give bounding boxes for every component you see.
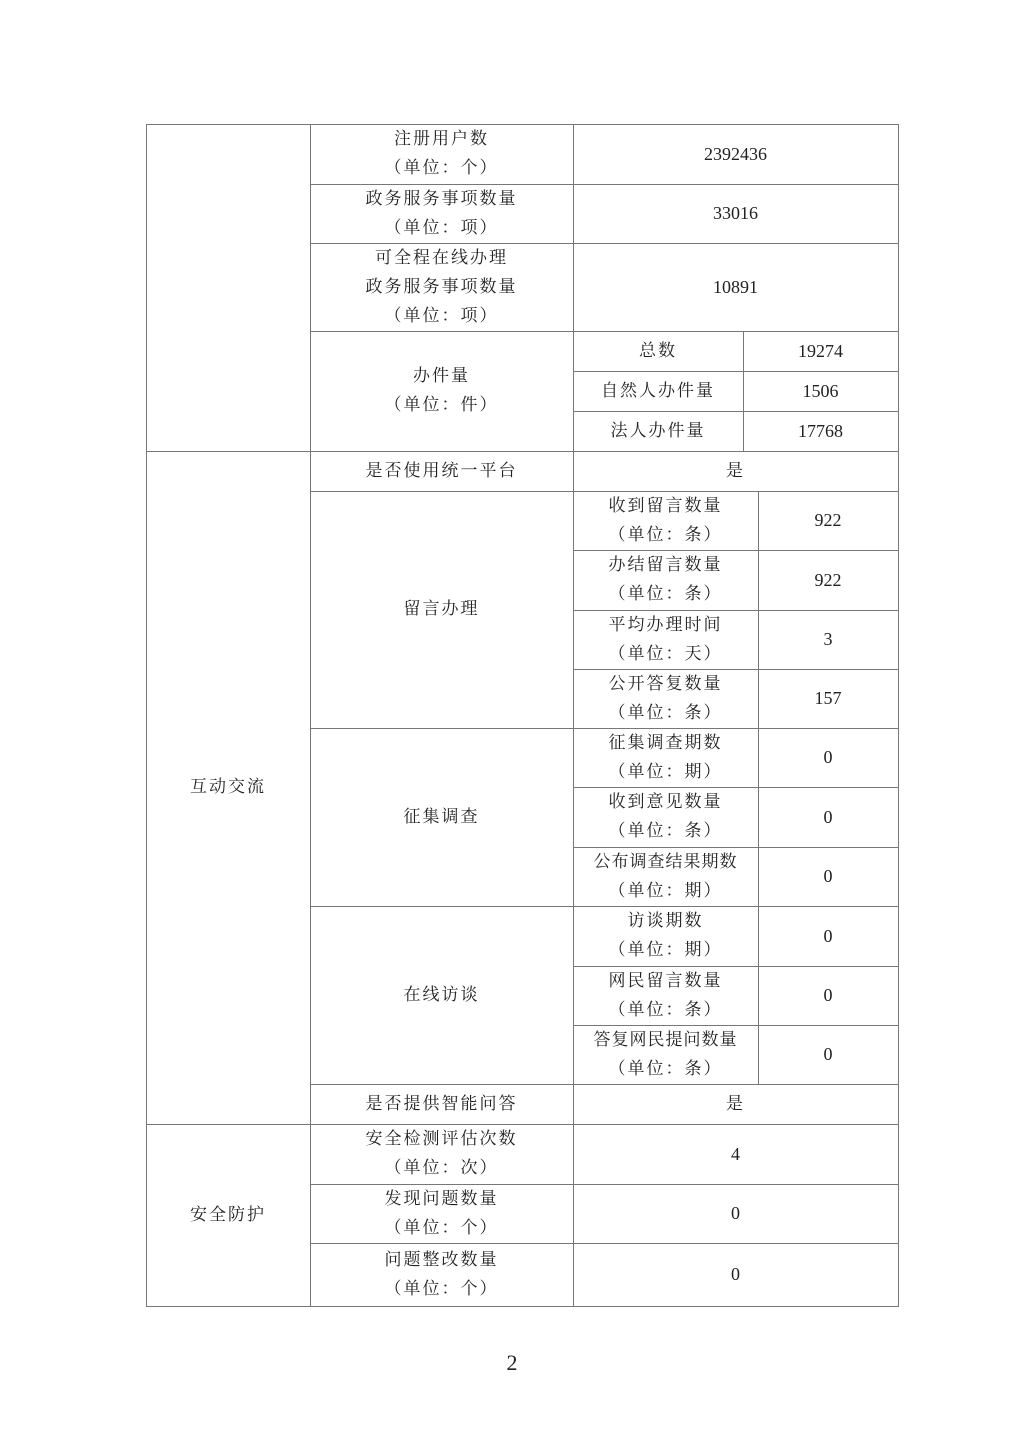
unit-line: （单位：个）: [385, 1214, 499, 1243]
value-opinions-received: 0: [758, 787, 898, 847]
table-border: [898, 124, 899, 1307]
value-text: 3: [824, 625, 833, 654]
value-netizen-messages: 0: [758, 966, 898, 1025]
label-line: 安全检测评估次数: [366, 1125, 518, 1154]
label-line: 收到意见数量: [609, 788, 723, 817]
category-security: 安全防护: [146, 1124, 310, 1306]
label-line: 政务服务事项数量: [366, 185, 518, 214]
value-text: 922: [815, 566, 842, 595]
value-questions-answered: 0: [758, 1025, 898, 1084]
value-text: 0: [731, 1260, 740, 1289]
value-security-tests: 4: [573, 1124, 898, 1184]
unit-line: （单位：项）: [385, 302, 499, 331]
unit-line: （单位：条）: [609, 1055, 723, 1084]
label-line: 办件量: [413, 362, 470, 391]
value-text: 922: [815, 506, 842, 535]
label-online-service-items: 可全程在线办理 政务服务事项数量 （单位：项）: [310, 243, 573, 331]
value-messages-closed: 922: [758, 550, 898, 610]
unit-line: （单位：期）: [609, 936, 723, 965]
value-text: 1506: [803, 377, 839, 406]
label-line: 可全程在线办理: [375, 244, 508, 273]
label-issues-fixed: 问题整改数量 （单位：个）: [310, 1243, 573, 1306]
value-text: 4: [731, 1140, 740, 1169]
value-text: 0: [824, 743, 833, 772]
label-line: 收到留言数量: [609, 492, 723, 521]
value-issues-fixed: 0: [573, 1243, 898, 1306]
label-public-replies: 公开答复数量 （单位：条）: [573, 669, 758, 728]
label-line: 办结留言数量: [609, 551, 723, 580]
label-line: 自然人办件量: [601, 377, 715, 406]
unit-line: （单位：天）: [609, 640, 723, 669]
table-border: [146, 1306, 899, 1307]
label-line: 在线访谈: [404, 981, 480, 1010]
value-text: 157: [815, 684, 842, 713]
unit-line: （单位：件）: [385, 391, 499, 420]
label-message-handling: 留言办理: [310, 491, 573, 728]
value-messages-received: 922: [758, 491, 898, 550]
label-natural-person: 自然人办件量: [573, 371, 743, 411]
label-issues-found: 发现问题数量 （单位：个）: [310, 1184, 573, 1243]
label-line: 法人办件量: [611, 417, 706, 446]
value-text: 0: [824, 981, 833, 1010]
value-text: 0: [824, 922, 833, 951]
unit-line: （单位：个）: [385, 1275, 499, 1304]
value-text: 0: [824, 862, 833, 891]
value-text: 19274: [798, 337, 843, 366]
value-average-time: 3: [758, 610, 898, 669]
unit-line: （单位：次）: [385, 1154, 499, 1183]
label-line: 公开答复数量: [609, 670, 723, 699]
unit-line: （单位：条）: [609, 817, 723, 846]
value-registered-users: 2392436: [573, 124, 898, 184]
label-line: 发现问题数量: [385, 1185, 499, 1214]
value-text: 2392436: [704, 140, 767, 169]
unit-line: （单位：期）: [609, 877, 723, 906]
label-line: 问题整改数量: [385, 1246, 499, 1275]
label-security-tests: 安全检测评估次数 （单位：次）: [310, 1124, 573, 1184]
label-line: 公布调查结果期数: [594, 848, 738, 877]
label-survey-periods: 征集调查期数 （单位：期）: [573, 728, 758, 787]
value-natural-person: 1506: [743, 371, 898, 411]
label-line: 网民留言数量: [609, 967, 723, 996]
label-line: 征集调查: [404, 803, 480, 832]
label-line: 政务服务事项数量: [366, 273, 518, 302]
label-line: 答复网民提问数量: [594, 1026, 738, 1055]
value-text: 17768: [798, 417, 843, 446]
label-messages-received: 收到留言数量 （单位：条）: [573, 491, 758, 550]
value-total: 19274: [743, 331, 898, 371]
label-online-interview: 在线访谈: [310, 906, 573, 1084]
unit-line: （单位：条）: [609, 521, 723, 550]
label-line: 是否提供智能问答: [366, 1090, 518, 1119]
value-smart-qa: 是: [573, 1084, 898, 1124]
value-text: 0: [731, 1199, 740, 1228]
value-issues-found: 0: [573, 1184, 898, 1243]
label-average-time: 平均办理时间 （单位：天）: [573, 610, 758, 669]
value-unified-platform: 是: [573, 451, 898, 491]
label-legal-person: 法人办件量: [573, 411, 743, 451]
label-line: 征集调查期数: [609, 729, 723, 758]
label-messages-closed: 办结留言数量 （单位：条）: [573, 550, 758, 610]
value-service-items: 33016: [573, 184, 898, 243]
category-text: 互动交流: [190, 773, 266, 802]
label-case-volume: 办件量 （单位：件）: [310, 331, 573, 451]
label-line: 平均办理时间: [609, 611, 723, 640]
value-interview-periods: 0: [758, 906, 898, 966]
value-text: 0: [824, 1040, 833, 1069]
label-opinions-received: 收到意见数量 （单位：条）: [573, 787, 758, 847]
label-results-published: 公布调查结果期数 （单位：期）: [573, 847, 758, 906]
label-line: 留言办理: [404, 595, 480, 624]
value-text: 0: [824, 803, 833, 832]
label-line: 访谈期数: [628, 907, 704, 936]
page-number: 2: [0, 1350, 1024, 1376]
category-interaction: 互动交流: [146, 451, 310, 1124]
unit-line: （单位：条）: [609, 699, 723, 728]
label-line: 注册用户数: [394, 125, 489, 154]
value-results-published: 0: [758, 847, 898, 906]
unit-line: （单位：条）: [609, 580, 723, 609]
label-interview-periods: 访谈期数 （单位：期）: [573, 906, 758, 966]
label-line: 是否使用统一平台: [366, 457, 518, 486]
label-registered-users: 注册用户数 （单位：个）: [310, 124, 573, 184]
unit-line: （单位：项）: [385, 214, 499, 243]
label-line: 总数: [639, 337, 677, 366]
label-questions-answered: 答复网民提问数量 （单位：条）: [573, 1025, 758, 1084]
value-online-service-items: 10891: [573, 243, 898, 331]
label-survey: 征集调查: [310, 728, 573, 906]
value-text: 是: [726, 1090, 745, 1119]
label-service-items: 政务服务事项数量 （单位：项）: [310, 184, 573, 243]
unit-line: （单位：条）: [609, 996, 723, 1025]
label-smart-qa: 是否提供智能问答: [310, 1084, 573, 1124]
value-text: 是: [726, 457, 745, 486]
label-unified-platform: 是否使用统一平台: [310, 451, 573, 491]
value-survey-periods: 0: [758, 728, 898, 787]
value-text: 10891: [713, 273, 758, 302]
unit-line: （单位：期）: [609, 758, 723, 787]
unit-line: （单位：个）: [385, 154, 499, 183]
category-text: 安全防护: [190, 1201, 266, 1230]
label-netizen-messages: 网民留言数量 （单位：条）: [573, 966, 758, 1025]
value-text: 33016: [713, 199, 758, 228]
value-legal-person: 17768: [743, 411, 898, 451]
label-total: 总数: [573, 331, 743, 371]
value-public-replies: 157: [758, 669, 898, 728]
